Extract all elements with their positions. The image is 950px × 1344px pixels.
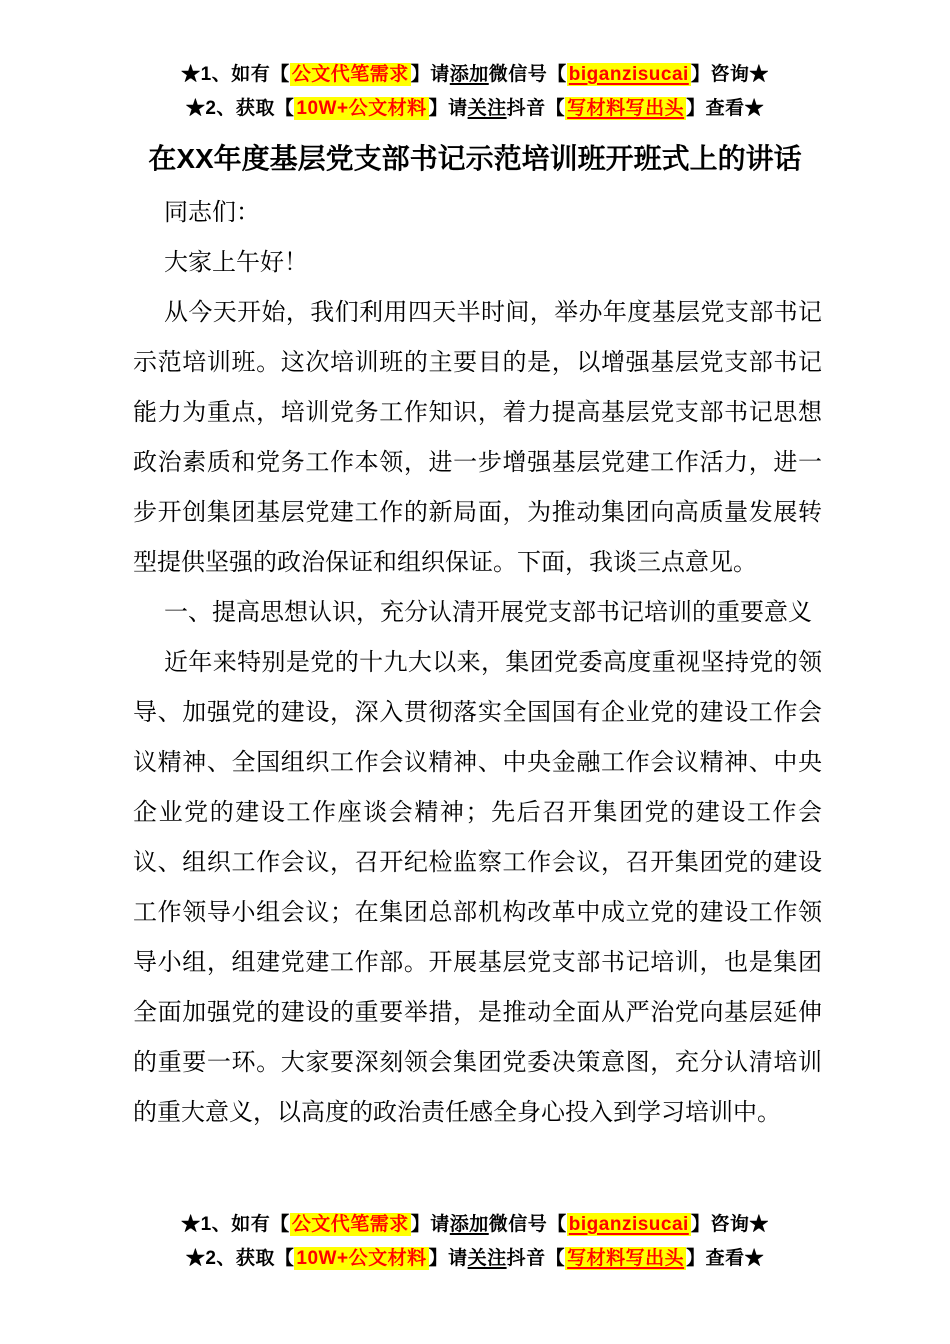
document-body: 同志们： 大家上午好！ 从今天开始，我们利用四天半时间，举办年度基层党支部书记示… <box>0 180 950 1138</box>
promo-line-2: ★2、获取【10W+公文材料】请关注抖音【写材料写出头】查看★ <box>0 1242 950 1276</box>
document-title: 在XX年度基层党支部书记示范培训班开班式上的讲话 <box>40 138 910 180</box>
promo-highlight-materials: 10W+公文材料 <box>294 97 428 120</box>
promo-highlight-writing-service: 公文代笔需求 <box>290 1213 411 1236</box>
promo-line-1: ★1、如有【公文代笔需求】请添加微信号【biganzisucai】咨询★ <box>0 58 950 92</box>
promo-douyin-id: 写材料写出头 <box>565 1247 686 1270</box>
document-page: ★1、如有【公文代笔需求】请添加微信号【biganzisucai】咨询★ ★2、… <box>0 0 950 1344</box>
promo-highlight-writing-service: 公文代笔需求 <box>290 63 411 86</box>
promo-add-action: 添加 <box>450 1214 489 1235</box>
paragraph-intro: 从今天开始，我们利用四天半时间，举办年度基层党支部书记示范培训班。这次培训班的主… <box>133 288 822 588</box>
paragraph-greeting: 大家上午好！ <box>133 238 822 288</box>
promo-text: 】查看★ <box>686 1248 764 1269</box>
promo-line-1: ★1、如有【公文代笔需求】请添加微信号【biganzisucai】咨询★ <box>0 1208 950 1242</box>
promo-text: 微信号【 <box>489 64 567 85</box>
paragraph-section-heading-1: 一、提高思想认识，充分认清开展党支部书记培训的重要意义 <box>133 588 822 638</box>
promo-text: 】查看★ <box>686 98 764 119</box>
promo-douyin-id: 写材料写出头 <box>565 97 686 120</box>
promo-text: ★2、获取【 <box>186 1248 295 1269</box>
promo-follow-action: 关注 <box>468 1248 507 1269</box>
promo-banner-bottom: ★1、如有【公文代笔需求】请添加微信号【biganzisucai】咨询★ ★2、… <box>0 1208 950 1276</box>
paragraph-section-1-body: 近年来特别是党的十九大以来，集团党委高度重视坚持党的领导、加强党的建设，深入贯彻… <box>133 638 822 1138</box>
promo-follow-action: 关注 <box>468 98 507 119</box>
promo-text: 】咨询★ <box>691 64 769 85</box>
promo-text: 】请 <box>429 98 468 119</box>
promo-banner-top: ★1、如有【公文代笔需求】请添加微信号【biganzisucai】咨询★ ★2、… <box>0 0 950 126</box>
promo-wechat-id: biganzisucai <box>567 63 691 86</box>
paragraph-salutation: 同志们： <box>133 188 822 238</box>
promo-text: 】请 <box>411 1214 450 1235</box>
promo-wechat-id: biganzisucai <box>567 1213 691 1236</box>
promo-add-action: 添加 <box>450 64 489 85</box>
promo-text: ★2、获取【 <box>186 98 295 119</box>
promo-text: 】咨询★ <box>691 1214 769 1235</box>
promo-highlight-materials: 10W+公文材料 <box>294 1247 428 1270</box>
promo-text: ★1、如有【 <box>181 1214 290 1235</box>
promo-text: 】请 <box>429 1248 468 1269</box>
promo-line-2: ★2、获取【10W+公文材料】请关注抖音【写材料写出头】查看★ <box>0 92 950 126</box>
promo-text: 】请 <box>411 64 450 85</box>
promo-text: 抖音【 <box>507 98 566 119</box>
promo-text: 抖音【 <box>507 1248 566 1269</box>
promo-text: ★1、如有【 <box>181 64 290 85</box>
promo-text: 微信号【 <box>489 1214 567 1235</box>
